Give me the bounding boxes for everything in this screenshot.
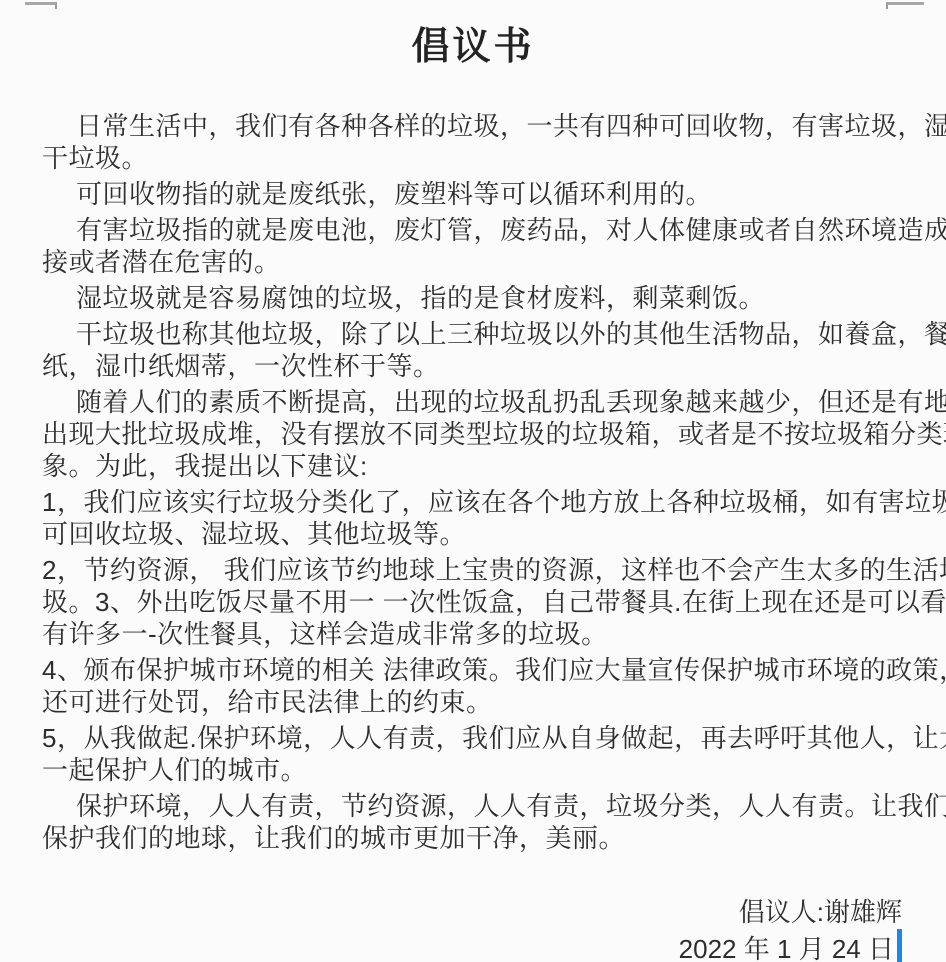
page-title: 倡议书	[0, 0, 946, 70]
paragraph-problem: 随着人们的素质不断提高，出现的垃圾乱扔乱丢现象越来越少，但还是有地方 出现大批垃…	[42, 386, 908, 482]
text-line: 接或者潜在危害的。	[42, 246, 908, 278]
paragraph-closing: 保护环境，人人有责，节约资源，人人有责，垃圾分类，人人有责。让我们一起 保护我们…	[42, 790, 908, 854]
text-cursor	[897, 929, 902, 962]
text-line: 象。为此，我提出以下建议:	[42, 450, 908, 482]
text-line: 日常生活中，我们有各种各样的垃圾，一共有四种可回收物，有害垃圾，湿垃圾，	[42, 110, 908, 142]
top-left-border-fragment	[25, 2, 57, 9]
document-page[interactable]: 倡议书 日常生活中，我们有各种各样的垃圾，一共有四种可回收物，有害垃圾，湿垃圾，…	[0, 0, 946, 962]
text-line: 有许多一-次性餐具，这样会造成非常多的垃圾。	[42, 618, 908, 650]
suggestion-item-2-3: 2，节约资源， 我们应该节约地球上宝贵的资源，这样也不会产生太多的生活垃 圾。3…	[42, 554, 908, 650]
paragraph-recyclable: 可回收物指的就是废纸张，废塑料等可以循环利用的。	[42, 178, 908, 210]
text-line: 一起保护人们的城市。	[42, 754, 908, 786]
paragraph-hazardous: 有害垃圾指的就是废电池，废灯管，废药品，对人体健康或者自然环境造成直 接或者潜在…	[42, 214, 908, 278]
text-line: 可回收物指的就是废纸张，废塑料等可以循环利用的。	[42, 178, 908, 210]
document-body[interactable]: 日常生活中，我们有各种各样的垃圾，一共有四种可回收物，有害垃圾，湿垃圾， 干垃圾…	[42, 110, 908, 854]
text-line: 5，从我做起.保护环境，人人有责，我们应从自身做起，再去呼吁其他人，让大家	[42, 722, 908, 754]
suggestion-item-1: 1，我们应该实行垃圾分类化了，应该在各个地方放上各种垃圾桶，如有害垃圾、 可回收…	[42, 486, 908, 550]
text-line: 可回收垃圾、湿垃圾、其他垃圾等。	[42, 518, 908, 550]
text-line: 随着人们的素质不断提高，出现的垃圾乱扔乱丢现象越来越少，但还是有地方	[42, 386, 908, 418]
top-right-border-fragment	[886, 2, 924, 9]
text-line: 1，我们应该实行垃圾分类化了，应该在各个地方放上各种垃圾桶，如有害垃圾、	[42, 486, 908, 518]
text-line: 2，节约资源， 我们应该节约地球上宝贵的资源，这样也不会产生太多的生活垃	[42, 554, 908, 586]
suggestion-item-5: 5，从我做起.保护环境，人人有责，我们应从自身做起，再去呼吁其他人，让大家 一起…	[42, 722, 908, 786]
text-line: 有害垃圾指的就是废电池，废灯管，废药品，对人体健康或者自然环境造成直	[42, 214, 908, 246]
text-line: 保护环境，人人有责，节约资源，人人有责，垃圾分类，人人有责。让我们一起	[42, 790, 908, 822]
suggestion-item-4: 4、颁布保护城市环境的相关 法律政策。我们应大量宣传保护城市环境的政策， 还可进…	[42, 654, 908, 718]
paragraph-dry-waste: 干垃圾也称其他垃圾，除了以上三种垃圾以外的其他生活物品，如養盒，餐巾 纸，湿巾纸…	[42, 318, 908, 382]
date-text: 2022 年 1 月 24 日	[679, 934, 894, 962]
text-line: 圾。3、外出吃饭尽量不用一 一次性饭盒，自己带餐具.在街上现在还是可以看见	[42, 586, 908, 618]
date-line: 2022 年 1 月 24 日	[0, 929, 902, 962]
paragraph-wet-waste: 湿垃圾就是容易腐蚀的垃圾，指的是食材废料，剩菜剩饭。	[42, 282, 908, 314]
text-line: 干垃圾也称其他垃圾，除了以上三种垃圾以外的其他生活物品，如養盒，餐巾	[42, 318, 908, 350]
text-line: 湿垃圾就是容易腐蚀的垃圾，指的是食材废料，剩菜剩饭。	[42, 282, 908, 314]
paragraph-intro: 日常生活中，我们有各种各样的垃圾，一共有四种可回收物，有害垃圾，湿垃圾， 干垃圾…	[42, 110, 908, 174]
proposer-signature: 倡议人:谢雄辉	[0, 896, 902, 929]
signature-block: 倡议人:谢雄辉 2022 年 1 月 24 日	[0, 896, 946, 962]
text-line: 出现大批垃圾成堆，没有摆放不同类型垃圾的垃圾箱，或者是不按垃圾箱分类现	[42, 418, 908, 450]
text-line: 纸，湿巾纸烟蒂，一次性杯于等。	[42, 350, 908, 382]
text-line: 还可进行处罚，给市民法律上的约束。	[42, 686, 908, 718]
text-line: 4、颁布保护城市环境的相关 法律政策。我们应大量宣传保护城市环境的政策，	[42, 654, 908, 686]
text-line: 干垃圾。	[42, 142, 908, 174]
text-line: 保护我们的地球，让我们的城市更加干净，美丽。	[42, 822, 908, 854]
